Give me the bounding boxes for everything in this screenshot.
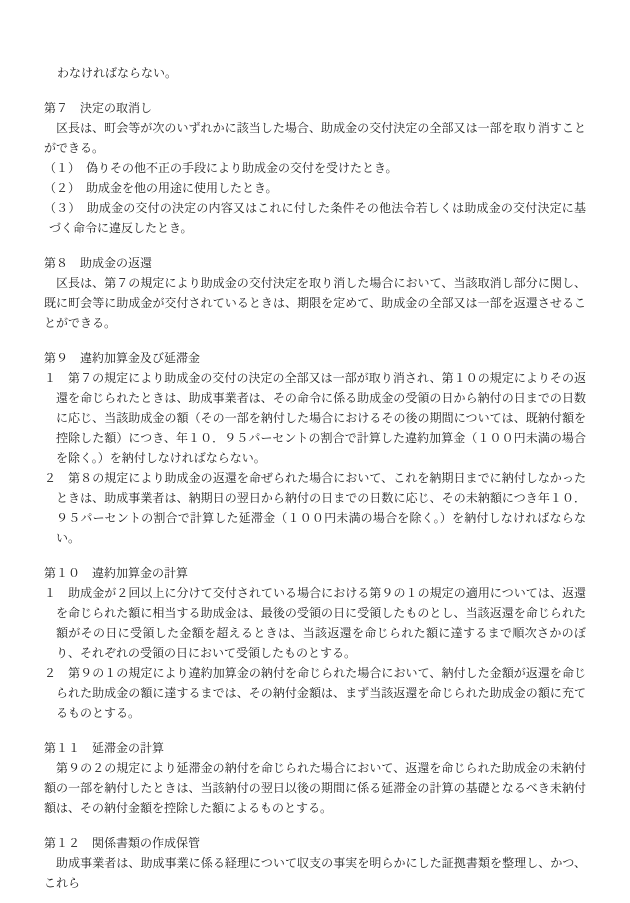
section-heading: 第７ 決定の取消し	[44, 98, 586, 118]
text-block: 区長は、第７の規定により助成金の交付決定を取り消した場合において、当該取消し部分…	[44, 273, 586, 333]
text-block: ２ 第９の１の規定により違約加算金の納付を命じられた場合において、納付した金額が…	[44, 663, 586, 723]
section-heading: 第１０ 違約加算金の計算	[44, 563, 586, 583]
text-block: （１） 偽りその他不正の手段により助成金の交付を受けたとき。	[44, 158, 586, 178]
section: 第１１ 延滞金の計算第９の２の規定により延滞金の納付を命じられた場合において、返…	[44, 738, 586, 818]
section-heading: 第９ 違約加算金及び延滞金	[44, 348, 586, 368]
section-heading: 第８ 助成金の返還	[44, 253, 586, 273]
section: 第９ 違約加算金及び延滞金１ 第７の規定により助成金の交付の決定の全部又は一部が…	[44, 348, 586, 548]
document-page: わなければならない。 第７ 決定の取消し区長は、町会等が次のいずれかに該当した場…	[0, 0, 630, 903]
section: 第１２ 関係書類の作成保管助成事業者は、助成事業に係る経理について収支の事実を明…	[44, 833, 586, 893]
text-block: （２） 助成金を他の用途に使用したとき。	[44, 178, 586, 198]
continuation-line: わなければならない。	[44, 63, 586, 83]
section-heading: 第１１ 延滞金の計算	[44, 738, 586, 758]
text-block: ２ 第８の規定により助成金の返還を命ぜられた場合において、これを納期日までに納付…	[44, 468, 586, 548]
section: 第８ 助成金の返還区長は、第７の規定により助成金の交付決定を取り消した場合におい…	[44, 253, 586, 333]
text-block: １ 助成金が２回以上に分けて交付されている場合における第９の１の規定の適用につい…	[44, 583, 586, 663]
text-block: １ 第７の規定により助成金の交付の決定の全部又は一部が取り消され、第１０の規定に…	[44, 368, 586, 468]
document-body: 第７ 決定の取消し区長は、町会等が次のいずれかに該当した場合、助成金の交付決定の…	[44, 98, 586, 893]
text-block: （３） 助成金の交付の決定の内容又はこれに付した条件その他法令若しくは助成金の交…	[44, 198, 586, 238]
text-block: 助成事業者は、助成事業に係る経理について収支の事実を明らかにした証拠書類を整理し…	[44, 853, 586, 893]
section: 第７ 決定の取消し区長は、町会等が次のいずれかに該当した場合、助成金の交付決定の…	[44, 98, 586, 238]
text-block: 第９の２の規定により延滞金の納付を命じられた場合において、返還を命じられた助成金…	[44, 758, 586, 818]
text-block: 区長は、町会等が次のいずれかに該当した場合、助成金の交付決定の全部又は一部を取り…	[44, 118, 586, 158]
section-heading: 第１２ 関係書類の作成保管	[44, 833, 586, 853]
section: 第１０ 違約加算金の計算１ 助成金が２回以上に分けて交付されている場合における第…	[44, 563, 586, 723]
